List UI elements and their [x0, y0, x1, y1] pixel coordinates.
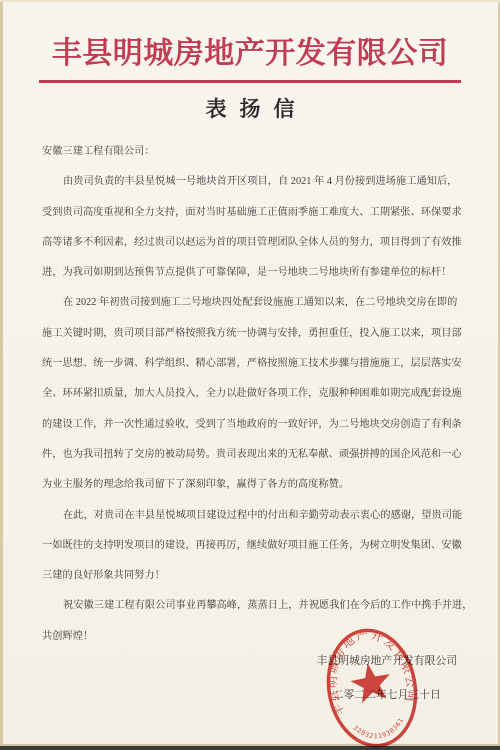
- letter-body-line: 为业主服务的理念给我司留下了深刻印象，赢得了各方的高度称赞。: [42, 470, 462, 500]
- scan-bottom-shadow: [0, 746, 500, 750]
- letter-body-line: 高等诸多不利因素，经过贵司以赵运为首的项目管理团队全体人员的努力，项目得到了有效…: [42, 228, 462, 258]
- commendation-letter-page: 丰县明城房地产开发有限公司 表扬信 安徽三建工程有限公司： 由贵司负责的丰县星悦…: [0, 0, 500, 750]
- letter-title: 表扬信: [0, 93, 500, 123]
- star-icon: [348, 660, 394, 704]
- letter-body-line: 在 2022 年初贵司接到施工二号地块四处配套设施施工通知以来，在二号地块交房在…: [42, 288, 462, 318]
- letter-body-line: 一如既往的支持明发项目的建设，再接再厉，继续做好项目施工任务，为树立明发集团、安…: [42, 531, 462, 561]
- letterhead-rule: [39, 80, 461, 83]
- letter-body-line: 受到贵司高度重视和全力支持，面对当时基础施工正值雨季施工难度大、工期紧张、环保要…: [42, 198, 462, 228]
- letterhead-company-name: 丰县明城房地产开发有限公司: [0, 28, 500, 72]
- letter-body-line: 件，也为我司扭转了交房的被动局势。贵司表现出来的无私奉献、顽强拼搏的国企风范和一…: [42, 440, 462, 470]
- salutation: 安徽三建工程有限公司：: [42, 137, 462, 167]
- letter-body-line: 祝安徽三建工程有限公司事业再攀高峰，蒸蒸日上，并祝愿我们在今后的工作中携手并进，: [42, 591, 462, 621]
- letter-body-line: 三建的良好形象共同努力！: [42, 561, 462, 591]
- letter-body-line: 进，为我司如期到达预售节点提供了可靠保障，是一号地块二号地块所有参建单位的标杆！: [42, 258, 462, 288]
- letter-body: 安徽三建工程有限公司： 由贵司负责的丰县星悦城一号地块首开区项目，自 2021 …: [42, 137, 462, 652]
- letter-body-line: 全、环环紧扣质量，加大人员投入，全力以赴做好各项工作，克服种种困难如期完成配套设…: [42, 379, 462, 409]
- letter-body-line: 施工关键时期，贵司项目部严格按照我方统一协调与安排，勇担重任，投入施工以来，项目…: [42, 319, 462, 349]
- letter-body-line: 在此，对贵司在丰县星悦城项目建设过程中的付出和辛勤劳动表示衷心的感谢，望贵司能: [42, 501, 462, 531]
- paper-edge-top: [0, 0, 500, 2]
- letter-body-line: 由贵司负责的丰县星悦城一号地块首开区项目，自 2021 年 4 月份接到进场施工…: [42, 167, 462, 197]
- letter-body-line: 的建设工作，并一次性通过验收，受到了当地政府的一致好评，为二号地块交房创造了有利…: [42, 410, 462, 440]
- letter-body-line: 统一思想、统一步调、科学组织、精心部署，严格按照施工技术步骤与措施施工，层层落实…: [42, 349, 462, 379]
